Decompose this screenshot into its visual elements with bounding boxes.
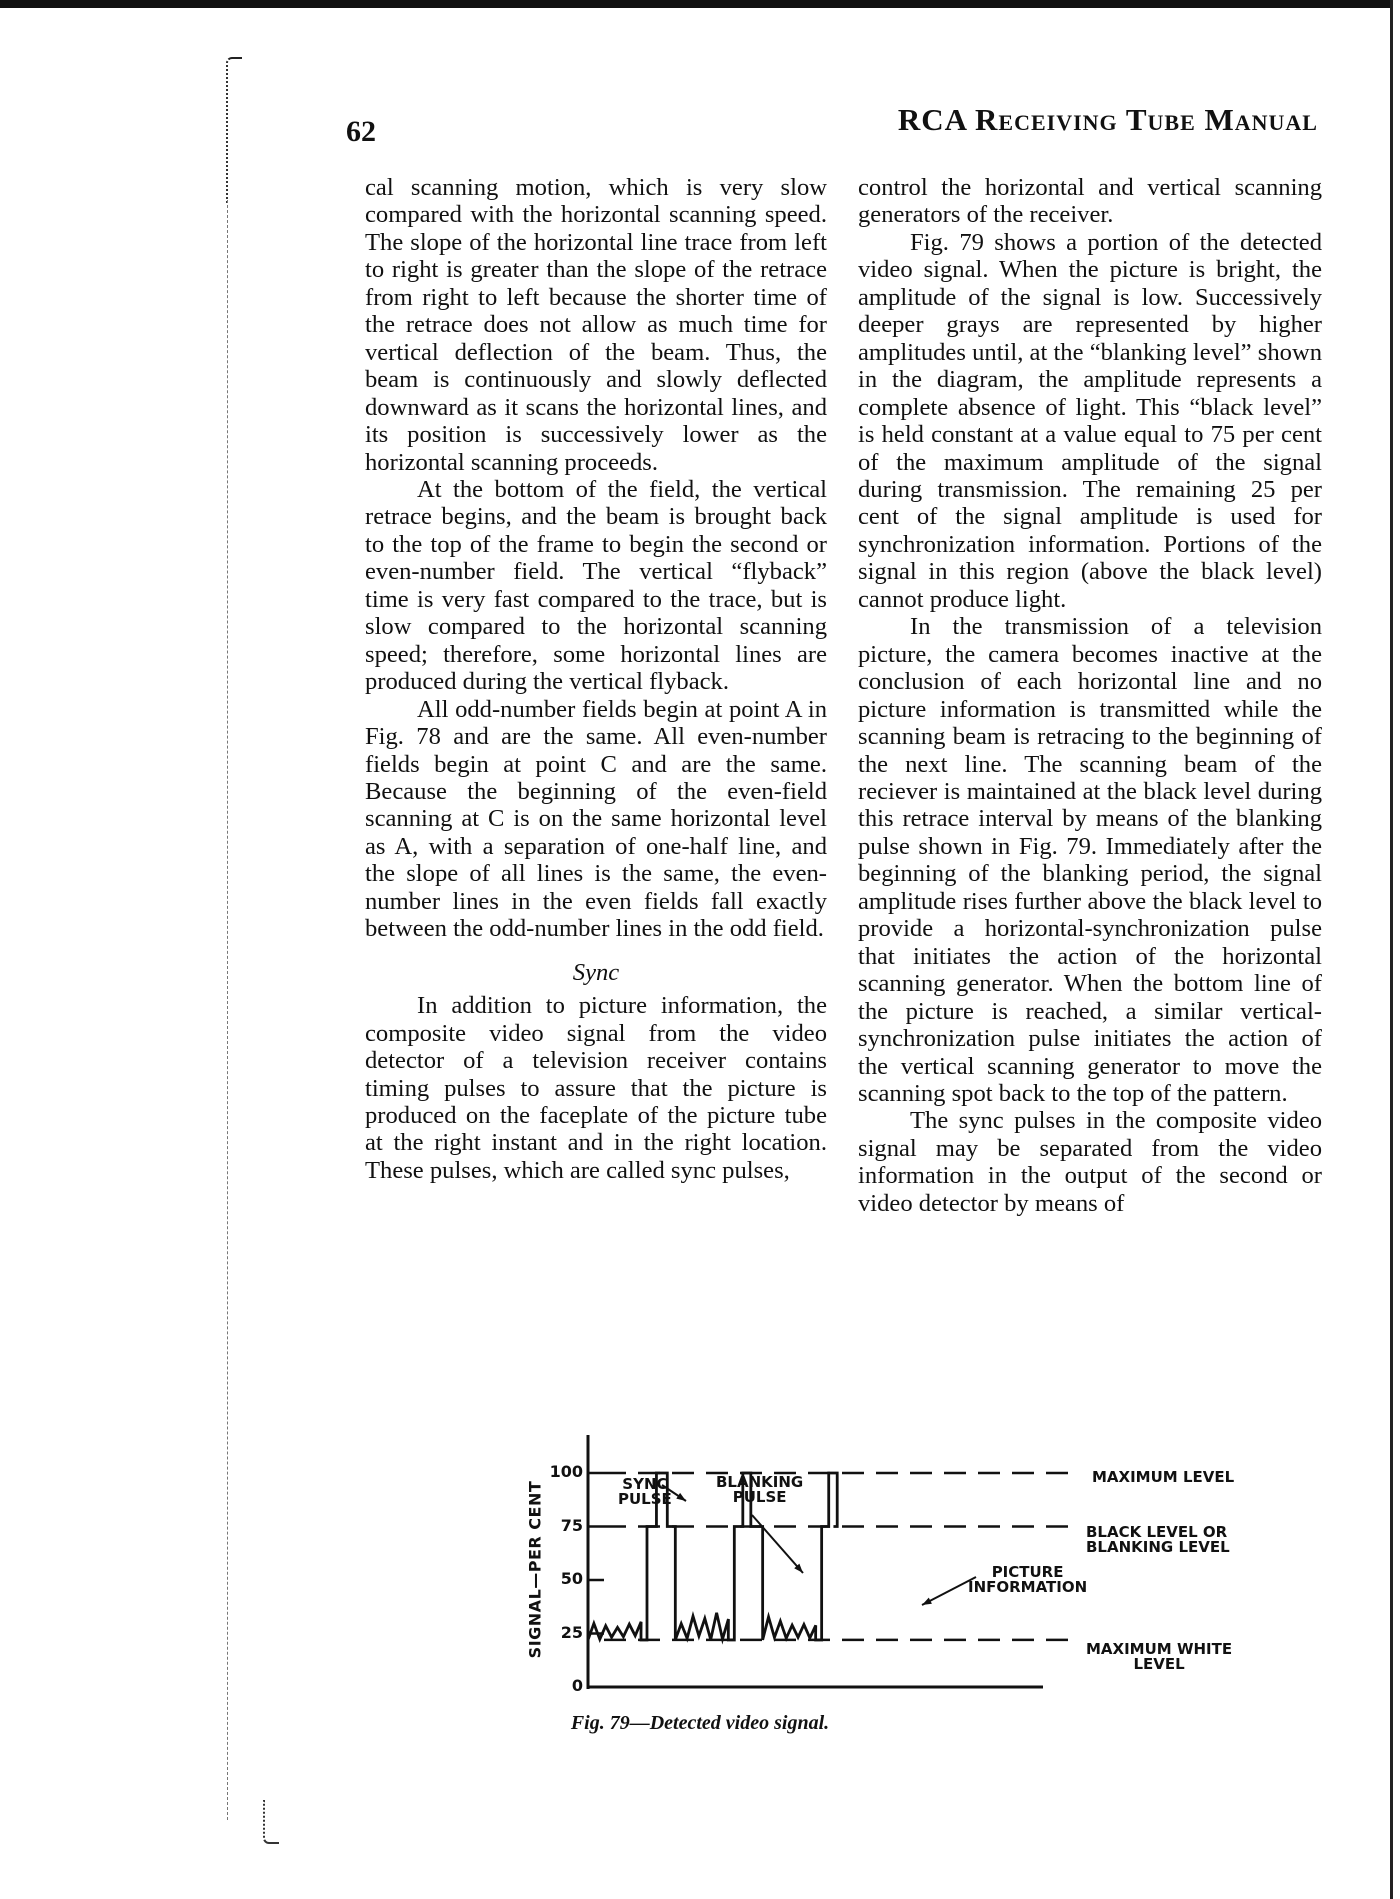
running-head-title: Receiving Tube Manual (975, 102, 1318, 137)
paragraph: In addition to picture information, the … (365, 992, 827, 1184)
page-number: 62 (346, 115, 376, 149)
y-tick-label: 0 (543, 1676, 583, 1695)
binding-margin-mark-top (226, 57, 242, 204)
binding-margin-mark-bottom (263, 1800, 279, 1844)
figure-79-video-signal-chart: SIGNAL—PER CENT 0255075100SYNCPULSEBLANK… (520, 1425, 1240, 1715)
paragraph: In the transmission of a television pict… (858, 613, 1322, 1107)
running-head: RCA Receiving Tube Manual (898, 102, 1318, 138)
paragraph: The sync pulses in the composite video s… (858, 1107, 1322, 1217)
figure-caption: Fig. 79—Detected video signal. (0, 1712, 1400, 1735)
figure-annotation: MAXIMUM WHITELEVEL (1086, 1642, 1232, 1672)
y-axis-label: SIGNAL—PER CENT (526, 1480, 545, 1660)
y-tick-label: 50 (543, 1569, 583, 1588)
scan-top-border (0, 0, 1392, 8)
scan-right-border (1390, 0, 1393, 1899)
figure-annotation: BLACK LEVEL ORBLANKING LEVEL (1086, 1525, 1230, 1555)
paragraph: At the bottom of the field, the ver­tica… (365, 476, 827, 696)
binding-margin-line (227, 200, 228, 1820)
y-tick-label: 75 (543, 1516, 583, 1535)
paragraph: control the horizontal and vertical scan… (858, 174, 1322, 229)
figure-caption-text: Fig. 79—Detected video signal. (571, 1712, 829, 1734)
figure-annotation: MAXIMUM LEVEL (1092, 1470, 1234, 1485)
running-head-prefix: RCA (898, 102, 975, 137)
section-heading-sync: Sync (365, 959, 827, 986)
paragraph: Fig. 79 shows a portion of the de­tected… (858, 229, 1322, 613)
y-tick-label: 25 (543, 1623, 583, 1642)
figure-annotation: BLANKINGPULSE (716, 1475, 803, 1505)
paragraph: All odd-number fields begin at point A i… (365, 696, 827, 943)
left-column: cal scanning motion, which is very slow … (365, 174, 827, 1184)
y-tick-label: 100 (543, 1462, 583, 1481)
paragraph: cal scanning motion, which is very slow … (365, 174, 827, 476)
right-column: control the horizontal and vertical scan… (858, 174, 1322, 1217)
figure-annotation: PICTUREINFORMATION (968, 1565, 1087, 1595)
figure-annotation: SYNCPULSE (618, 1477, 672, 1507)
